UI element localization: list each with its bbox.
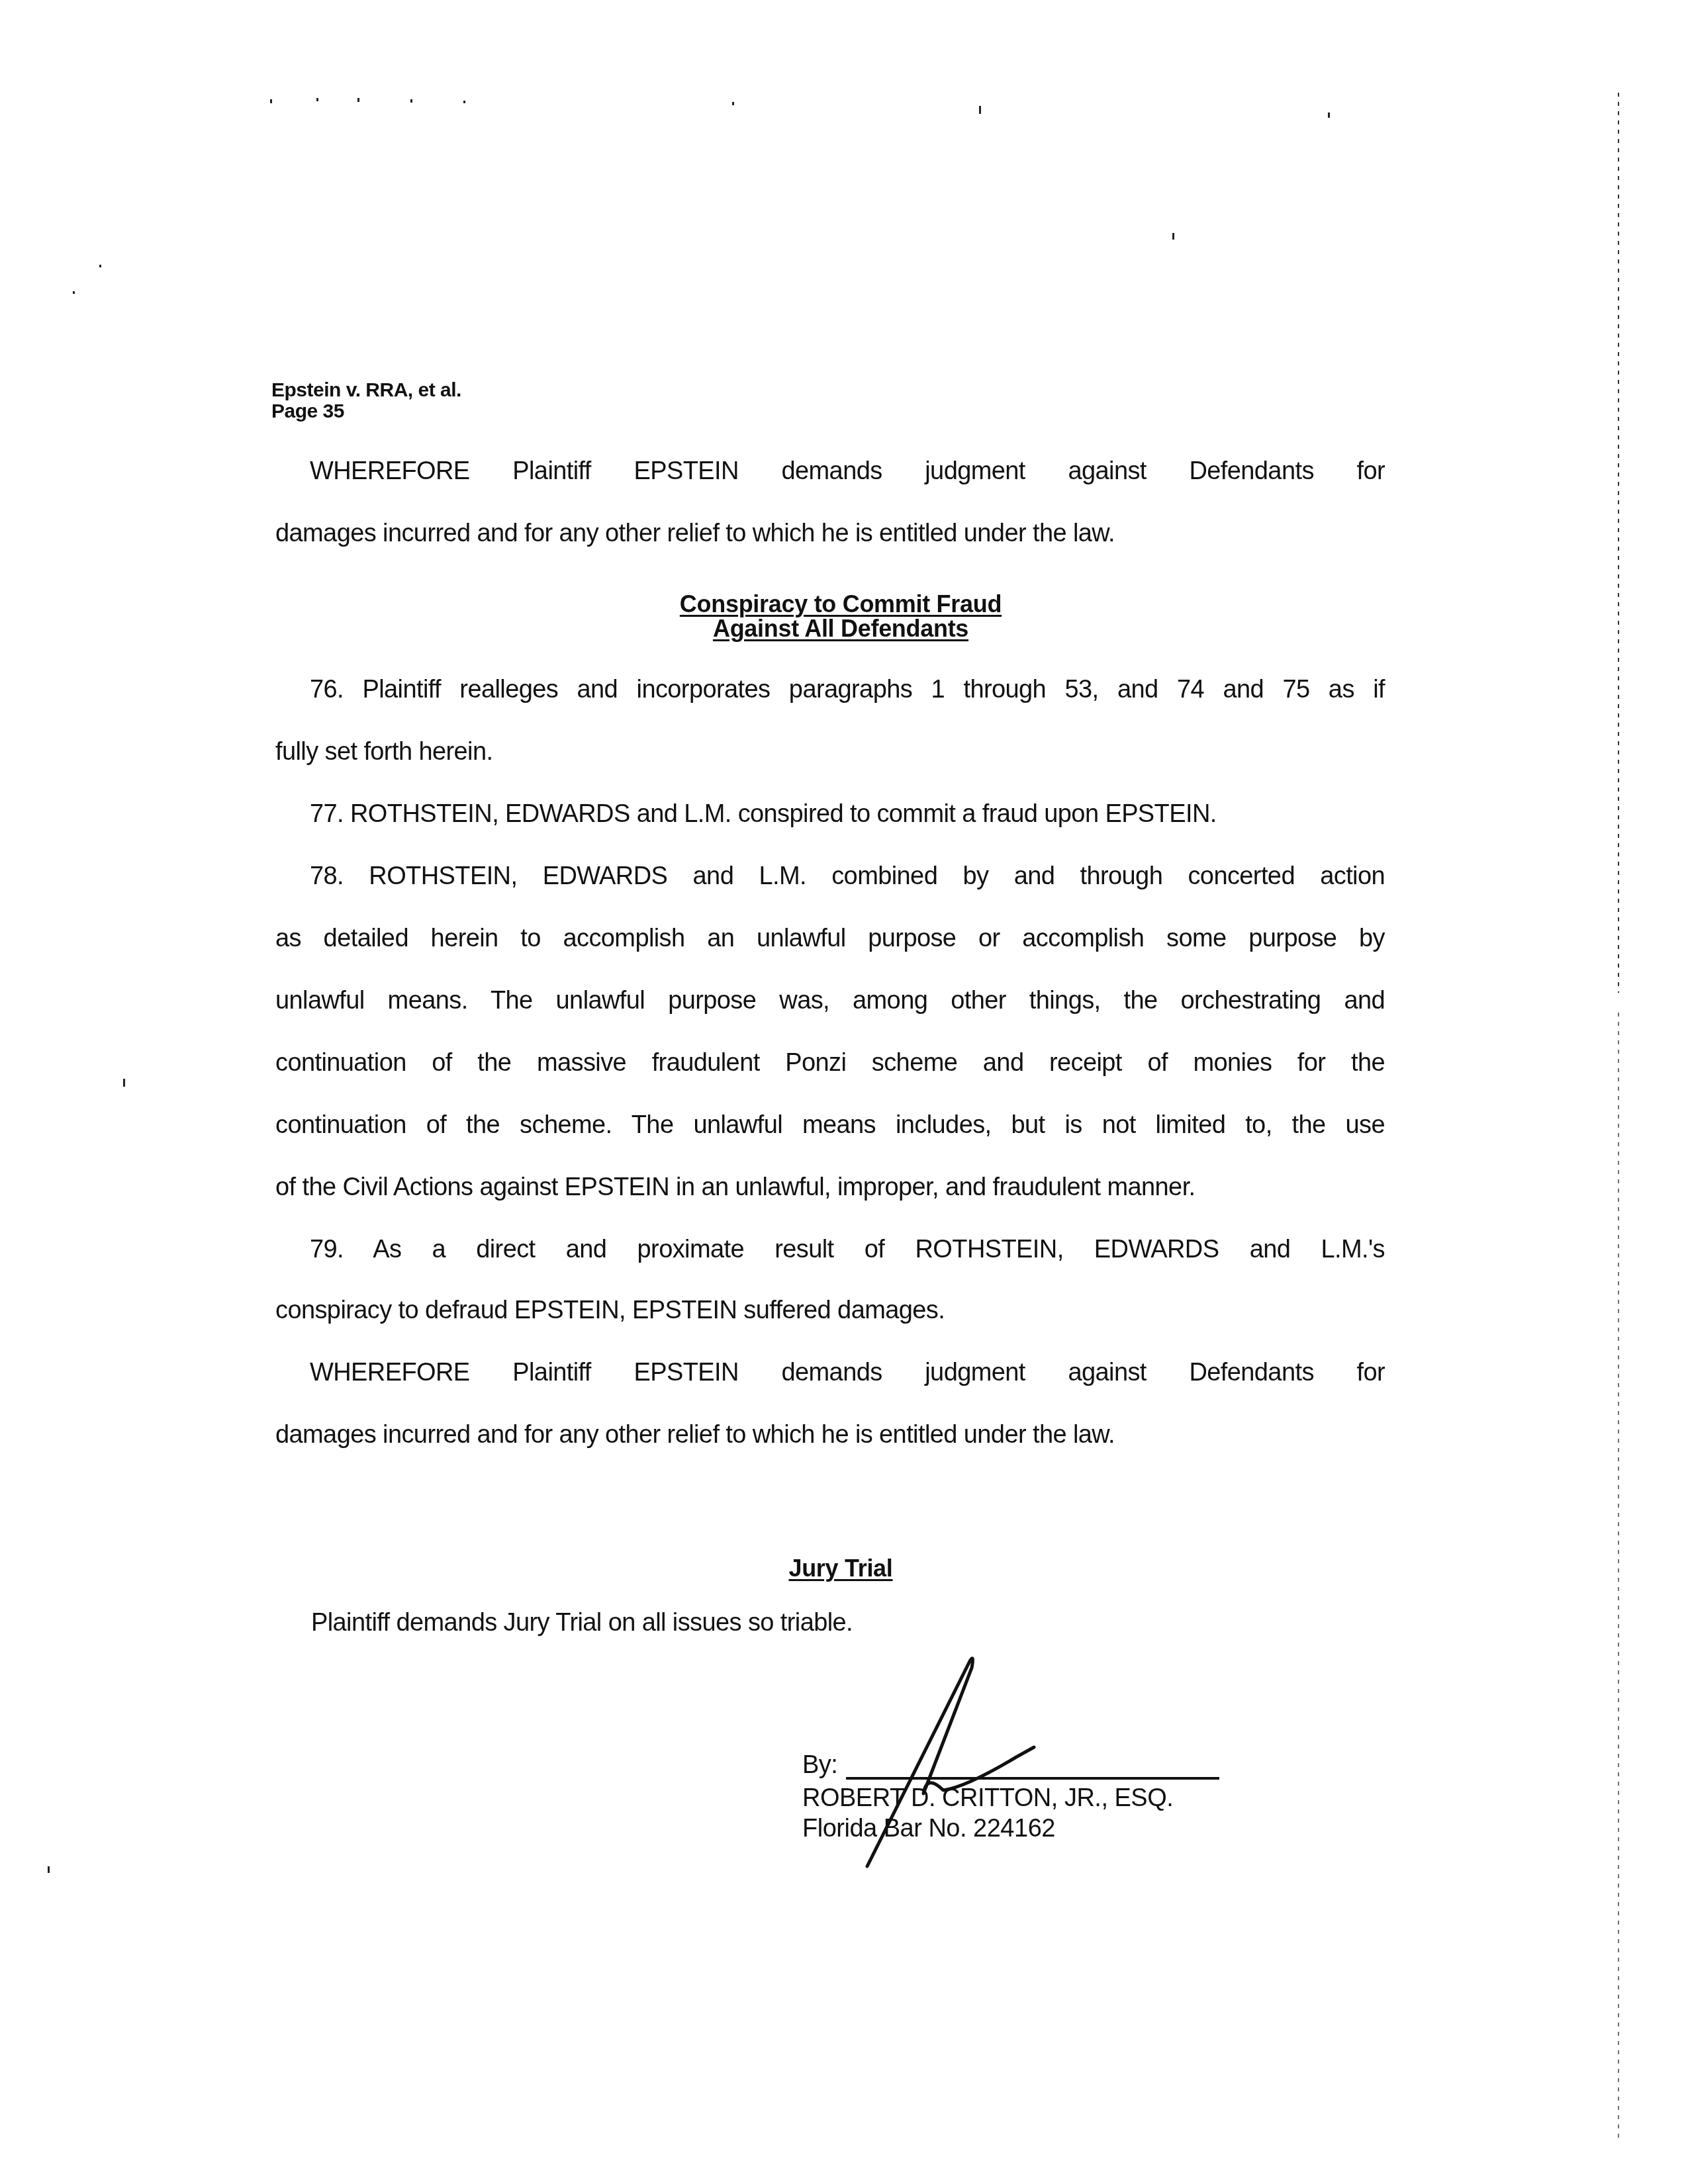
handwritten-signature xyxy=(854,1648,1132,1886)
section-heading-title: Conspiracy to Commit Fraud xyxy=(629,591,1053,617)
scan-speck xyxy=(979,106,981,114)
scan-speck xyxy=(316,98,318,101)
paragraph-78-line-2: as detailed herein to accomplish an unla… xyxy=(275,924,1385,953)
paragraph-78-line-1: 78. ROTHSTEIN, EDWARDS and L.M. combined… xyxy=(275,862,1385,891)
wherefore-paragraph-1-line-1: WHEREFORE Plaintiff EPSTEIN demands judg… xyxy=(275,457,1385,486)
scan-speck xyxy=(357,98,359,102)
wherefore-paragraph-2-line-1: WHEREFORE Plaintiff EPSTEIN demands judg… xyxy=(275,1358,1385,1387)
scan-speck xyxy=(270,99,272,103)
scan-edge-artifact xyxy=(1618,93,1619,993)
scan-speck xyxy=(732,102,734,105)
jury-trial-heading: Jury Trial xyxy=(741,1555,940,1582)
paragraph-79-line-2: conspiracy to defraud EPSTEIN, EPSTEIN s… xyxy=(275,1296,945,1325)
scan-speck xyxy=(123,1079,125,1087)
jury-trial-demand: Plaintiff demands Jury Trial on all issu… xyxy=(311,1608,853,1637)
scan-speck xyxy=(1172,233,1174,240)
paragraph-77: 77. ROTHSTEIN, EDWARDS and L.M. conspire… xyxy=(310,799,1217,829)
paragraph-78-line-6: of the Civil Actions against EPSTEIN in … xyxy=(275,1173,1196,1202)
florida-bar-number: Florida Bar No. 224162 xyxy=(802,1815,1055,1843)
case-caption: Epstein v. RRA, et al. xyxy=(271,380,461,401)
section-heading-subtitle: Against All Defendants xyxy=(629,615,1053,642)
document-page: Epstein v. RRA, et al. Page 35 WHEREFORE… xyxy=(0,0,1688,2184)
wherefore-paragraph-1-line-2: damages incurred and for any other relie… xyxy=(275,519,1115,548)
paragraph-76-line-2: fully set forth herein. xyxy=(275,737,492,766)
wherefore-paragraph-2-line-2: damages incurred and for any other relie… xyxy=(275,1420,1115,1449)
paragraph-78-line-3: unlawful means. The unlawful purpose was… xyxy=(275,986,1385,1015)
scan-speck xyxy=(410,99,412,103)
scan-speck xyxy=(73,291,75,294)
paragraph-78-line-5: continuation of the scheme. The unlawful… xyxy=(275,1111,1385,1140)
scan-edge-artifact xyxy=(1618,1013,1619,2138)
paragraph-79-line-1: 79. As a direct and proximate result of … xyxy=(275,1235,1385,1264)
scan-speck xyxy=(99,265,101,267)
page-number: Page 35 xyxy=(271,401,344,422)
paragraph-76-line-1: 76. Plaintiff realleges and incorporates… xyxy=(275,675,1385,704)
scan-speck xyxy=(48,1866,50,1873)
paragraph-78-line-4: continuation of the massive fraudulent P… xyxy=(275,1048,1385,1077)
scan-speck xyxy=(1328,113,1330,118)
scan-speck xyxy=(463,101,465,103)
signature-by-label: By: xyxy=(802,1751,837,1779)
attorney-name: ROBERT D. CRITTON, JR., ESQ. xyxy=(802,1784,1173,1812)
